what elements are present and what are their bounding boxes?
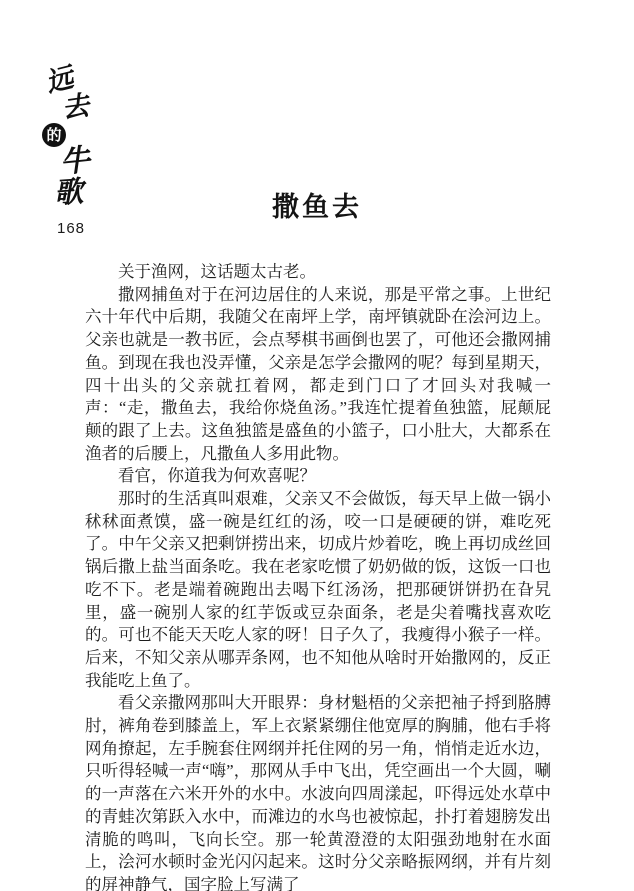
paragraph: 关于渔网，这话题太古老。 — [85, 261, 551, 284]
paragraph: 撒网捕鱼对于在河边居住的人来说，那是平常之事。上世纪六十年代中后期，我随父在南坪… — [85, 284, 551, 466]
logo-char: 牛 — [59, 147, 92, 178]
paragraph: 看父亲撒网那叫大开眼界：身材魁梧的父亲把袖子捋到胳膊肘，裤角卷到膝盖上，军上衣紧… — [85, 692, 551, 891]
paragraph: 看官，你道我为何欢喜呢？ — [85, 465, 551, 488]
book-page: 远去的牛歌 168 撒鱼去 关于渔网，这话题太古老。撒网捕鱼对于在河边居住的人来… — [0, 0, 634, 891]
paragraph: 那时的生活真叫艰难，父亲又不会做饭，每天早上做一锅小秫秫面煮馍，盛一碗是红红的汤… — [85, 488, 551, 692]
article-title: 撒鱼去 — [0, 185, 634, 224]
article-body: 关于渔网，这话题太古老。撒网捕鱼对于在河边居住的人来说，那是平常之事。上世纪六十… — [85, 261, 551, 891]
logo-char: 去 — [60, 93, 90, 122]
logo-circled-char: 的 — [42, 123, 66, 147]
logo-char: 远 — [43, 65, 75, 96]
